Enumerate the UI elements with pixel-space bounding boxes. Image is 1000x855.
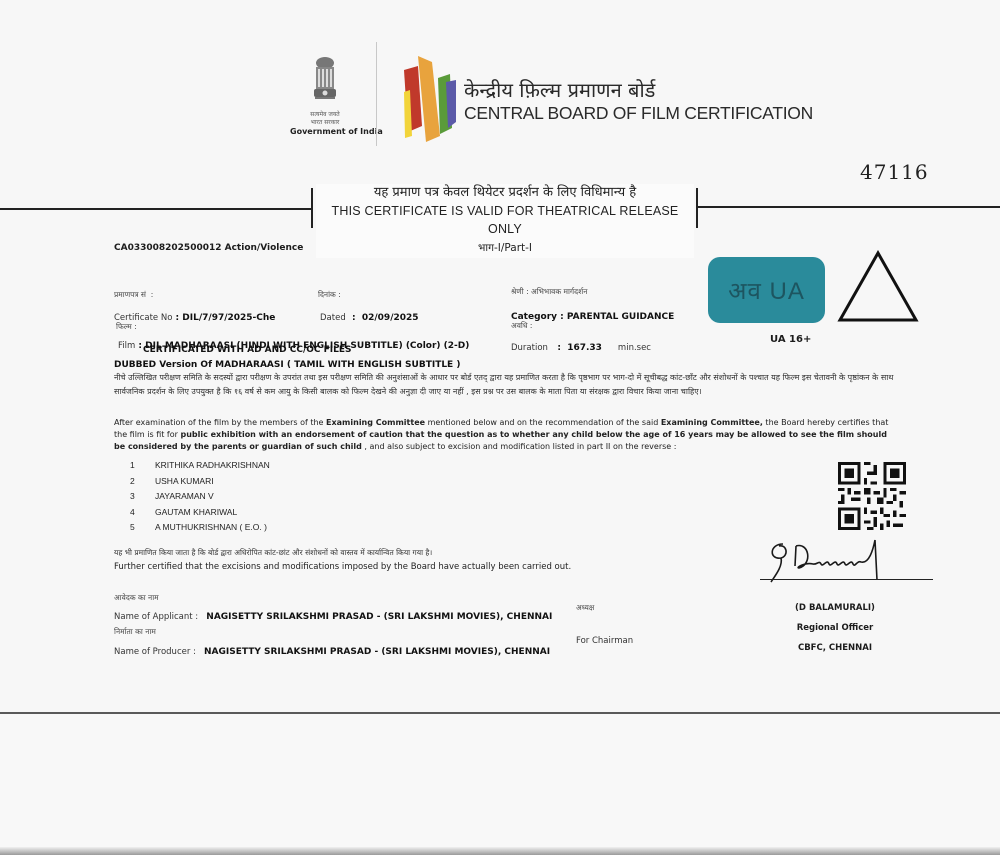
committee-member: 4GAUTAM KHARIWAL — [130, 507, 270, 523]
part-label: भाग-I/Part-I — [316, 238, 694, 258]
producer-label-hindi: निर्माता का नाम — [114, 627, 156, 637]
dated: Dated : 02/09/2025 — [320, 305, 419, 324]
cbfc-logo — [400, 52, 460, 148]
further-certified-hindi: यह भी प्रमाणित किया जाता है कि बोर्ड द्व… — [114, 548, 432, 558]
producer: Name of Producer : NAGISETTY SRILAKSHMI … — [114, 639, 550, 658]
emblem-govt-hindi: भारत सरकार — [300, 119, 350, 127]
rating-badge: अव UA — [708, 257, 825, 323]
duration-value: 167.33 — [567, 343, 602, 353]
duration-unit: min.sec — [618, 343, 651, 353]
dated-value: 02/09/2025 — [362, 313, 419, 323]
certificate-no: Certificate No : DIL/7/97/2025-Che — [114, 305, 275, 324]
validity-hindi: यह प्रमाण पत्र केवल थियेटर प्रदर्शन के ल… — [316, 184, 694, 202]
qr-code-icon — [838, 462, 906, 530]
film-line2: CERTIFICATED WITH AD AND CC/OC FILES — [143, 345, 352, 355]
certificate-reference: CA033008202500012 Action/Violence — [114, 243, 303, 253]
for-chairman: For Chairman — [576, 636, 633, 646]
applicant: Name of Applicant : NAGISETTY SRILAKSHMI… — [114, 604, 552, 623]
applicant-value: NAGISETTY SRILAKSHMI PRASAD - (SRI LAKSH… — [206, 612, 552, 622]
producer-value: NAGISETTY SRILAKSHMI PRASAD - (SRI LAKSH… — [204, 647, 550, 657]
producer-label: Name of Producer — [114, 647, 190, 657]
emblem-govt-english: Government of India — [290, 127, 350, 137]
validity-notice: यह प्रमाण पत्र केवल थियेटर प्रदर्शन के ल… — [316, 184, 694, 258]
officer-title: Regional Officer — [780, 618, 890, 638]
committee-list: 1KRITHIKA RADHAKRISHNAN 2USHA KUMARI 3JA… — [130, 460, 270, 538]
sheet-edge-shadow — [0, 847, 1000, 855]
certificate-sheet: सत्यमेव जयते भारत सरकार Government of In… — [0, 0, 1000, 714]
rule-right — [697, 206, 1000, 208]
dated-label: Dated — [320, 313, 346, 323]
state-emblem-icon — [308, 55, 342, 111]
triangle-icon — [836, 250, 920, 326]
signature-icon — [765, 530, 915, 586]
lower-blank-sheet — [0, 714, 1000, 855]
officer-name: (D BALAMURALI) — [780, 598, 890, 618]
category-hindi: श्रेणी : अभिभावक मार्गदर्शन — [511, 287, 587, 297]
category-value: PARENTAL GUIDANCE — [567, 312, 674, 322]
officer-office: CBFC, CHENNAI — [780, 638, 890, 658]
further-certified-english: Further certified that the excisions and… — [114, 562, 571, 572]
certificate-no-value: DIL/7/97/2025-Che — [182, 313, 275, 323]
applicant-label-hindi: आवेदक का नाम — [114, 593, 159, 603]
header-divider — [376, 42, 377, 146]
film-label-hindi: फिल्म : — [116, 322, 137, 332]
board-name-english: CENTRAL BOARD OF FILM CERTIFICATION — [464, 103, 813, 124]
duration-label-hindi: अवधि : — [511, 321, 532, 331]
duration: Duration : 167.33min.sec — [511, 335, 651, 354]
serial-number: 47116 — [860, 160, 929, 184]
dated-label-hindi: दिनांक : — [318, 290, 341, 300]
film-dubbed: DUBBED Version Of MADHARAASI ( TAMIL WIT… — [114, 360, 460, 370]
cbfc-film-strip-logo — [400, 52, 460, 144]
officer-block: (D BALAMURALI) Regional Officer CBFC, CH… — [780, 598, 890, 658]
committee-member: 2USHA KUMARI — [130, 476, 270, 492]
rule-left-tick — [311, 188, 313, 228]
emblem-motto: सत्यमेव जयते — [300, 111, 350, 119]
certification-text-english: After examination of the film by the mem… — [114, 417, 894, 453]
rule-left — [0, 208, 312, 210]
certificate-no-label-hindi: प्रमाणपत्र सं : — [114, 290, 153, 300]
rating-subtitle: UA 16+ — [770, 334, 811, 345]
film-label: Film — [118, 341, 135, 351]
applicant-label: Name of Applicant — [114, 612, 193, 622]
validity-english: THIS CERTIFICATE IS VALID FOR THEATRICAL… — [316, 202, 694, 238]
signature-line — [760, 579, 933, 580]
certification-text-hindi: नीचे उल्लिखित परीक्षण समिति के सदस्यों द… — [114, 371, 894, 399]
committee-member: 1KRITHIKA RADHAKRISHNAN — [130, 460, 270, 476]
board-name-hindi: केन्द्रीय फ़िल्म प्रमाणन बोर्ड — [464, 76, 655, 103]
category: Category : PARENTAL GUIDANCE — [511, 304, 674, 323]
chairman-hindi: अध्यक्ष — [576, 603, 594, 613]
committee-member: 3JAYARAMAN V — [130, 491, 270, 507]
duration-label: Duration — [511, 343, 548, 353]
government-emblem: सत्यमेव जयते भारत सरकार Government of In… — [300, 55, 350, 137]
committee-member: 5A MUTHUKRISHNAN ( E.O. ) — [130, 522, 270, 538]
rule-right-tick — [696, 188, 698, 228]
